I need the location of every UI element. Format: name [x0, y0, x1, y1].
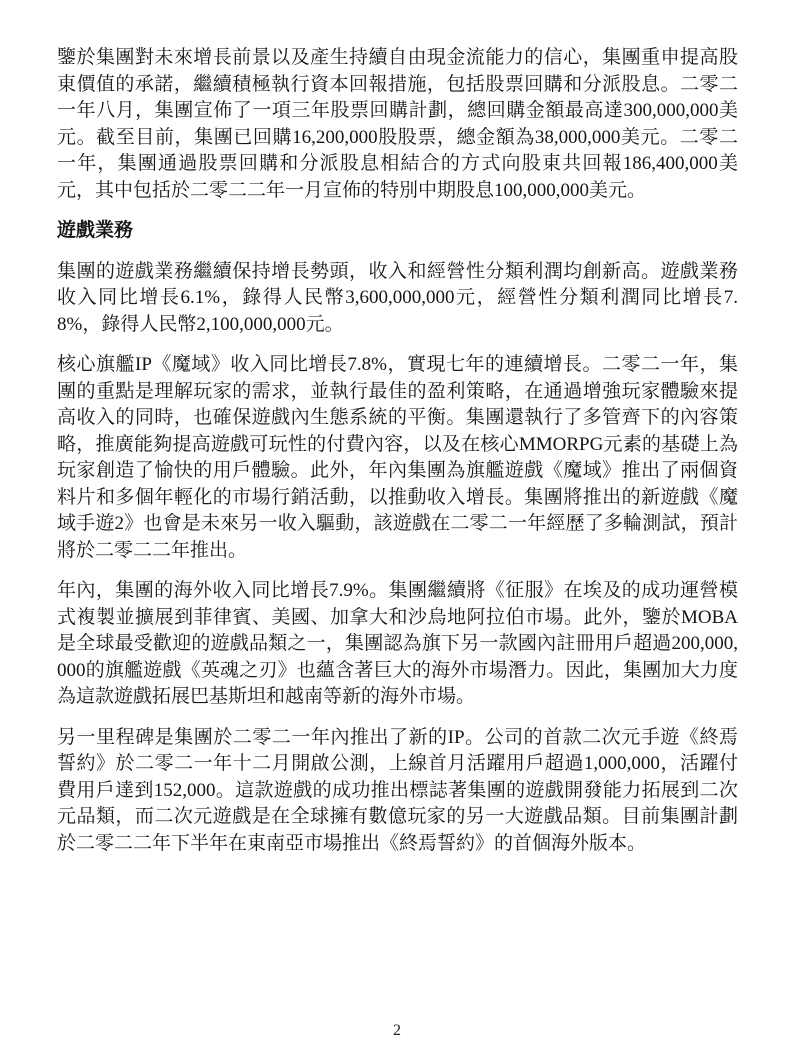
- document-body: 鑒於集團對未來增長前景以及產生持續自由現金流能力的信心，集團重申提高股東價值的承…: [57, 45, 738, 871]
- paragraph-overseas-revenue: 年內，集團的海外收入同比增長7.9%。集團繼續將《征服》在埃及的成功運營模式複製…: [57, 578, 738, 711]
- paragraph-capital-return: 鑒於集團對未來增長前景以及產生持續自由現金流能力的信心，集團重申提高股東價值的承…: [57, 45, 738, 204]
- paragraph-games-revenue: 集團的遊戲業務繼續保持增長勢頭，收入和經營性分類利潤均創新高。遊戲業務收入同比增…: [57, 259, 738, 339]
- document-page: 鑒於集團對未來增長前景以及產生持續自由現金流能力的信心，集團重申提高股東價值的承…: [0, 0, 794, 1058]
- page-number: 2: [0, 1021, 794, 1041]
- section-heading-games-business: 遊戲業務: [57, 218, 738, 245]
- paragraph-flagship-ip: 核心旗艦IP《魔域》收入同比增長7.8%，實現七年的連續增長。二零二一年，集團的…: [57, 352, 738, 564]
- paragraph-new-ip-milestone: 另一里程碑是集團於二零二一年內推出了新的IP。公司的首款二次元手遊《終焉誓約》於…: [57, 725, 738, 858]
